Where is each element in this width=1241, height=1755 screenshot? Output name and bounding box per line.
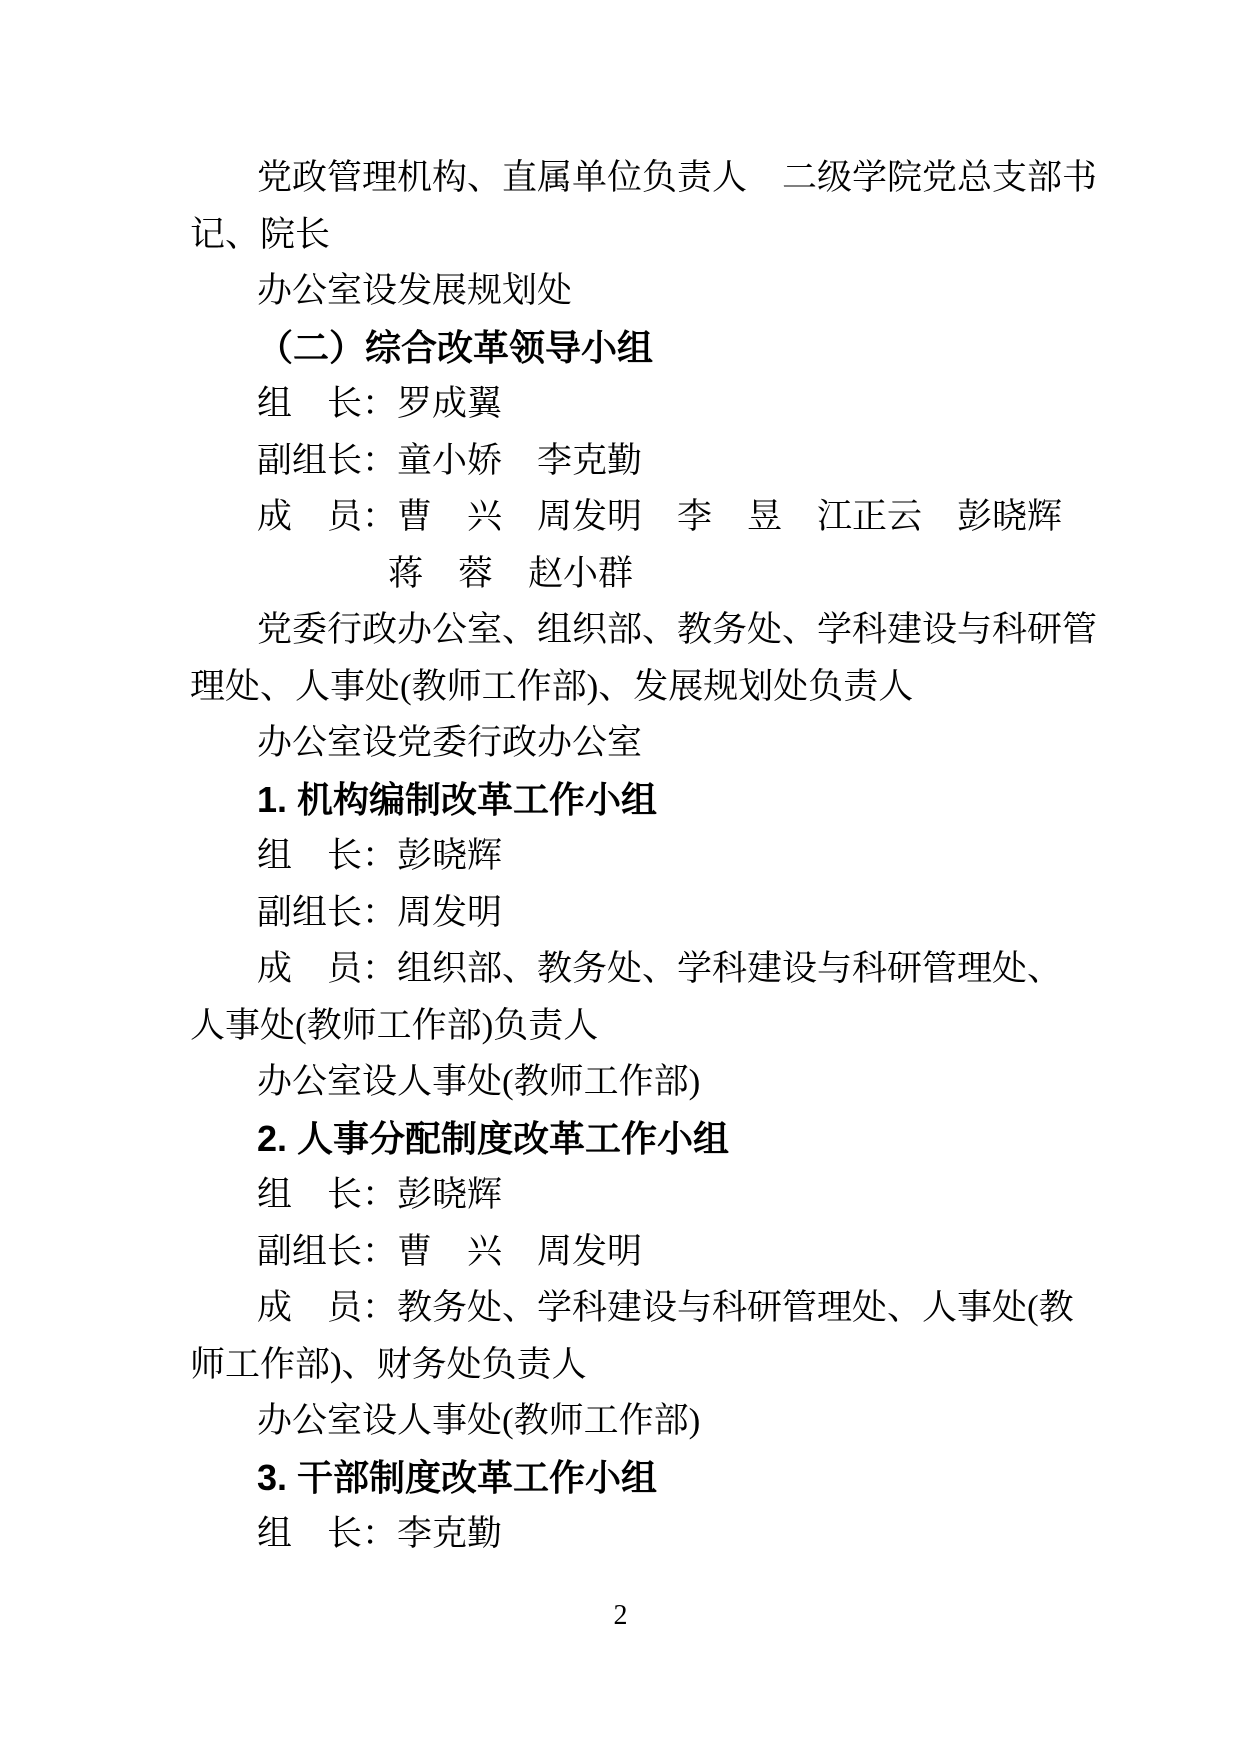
doc-line: 人事处(教师工作部)负责人 xyxy=(190,998,1075,1055)
doc-line: 党政管理机构、直属单位负责人 二级学院党总支部书 xyxy=(190,150,1075,207)
section-heading: （二）综合改革领导小组 xyxy=(190,320,1075,377)
doc-line: 成 员：教务处、学科建设与科研管理处、人事处(教 xyxy=(190,1280,1075,1337)
doc-line: 蒋 蓉 赵小群 xyxy=(190,546,1075,603)
doc-line: 副组长：周发明 xyxy=(190,885,1075,942)
doc-line: 组 长：彭晓辉 xyxy=(190,828,1075,885)
doc-line: 理处、人事处(教师工作部)、发展规划处负责人 xyxy=(190,659,1075,716)
doc-line: 组 长：彭晓辉 xyxy=(190,1167,1075,1224)
doc-line: 办公室设人事处(教师工作部) xyxy=(190,1393,1075,1450)
doc-line: 副组长：童小娇 李克勤 xyxy=(190,433,1075,490)
doc-line: 成 员：曹 兴 周发明 李 昱 江正云 彭晓辉 xyxy=(190,489,1075,546)
doc-line: 成 员：组织部、教务处、学科建设与科研管理处、 xyxy=(190,941,1075,998)
doc-line: 副组长：曹 兴 周发明 xyxy=(190,1224,1075,1281)
document-content: 党政管理机构、直属单位负责人 二级学院党总支部书 记、院长 办公室设发展规划处 … xyxy=(190,150,1075,1563)
doc-line: 办公室设党委行政办公室 xyxy=(190,715,1075,772)
page-number: 2 xyxy=(0,1600,1241,1632)
doc-line: 组 长：李克勤 xyxy=(190,1506,1075,1563)
doc-line: 组 长：罗成翼 xyxy=(190,376,1075,433)
doc-line: 办公室设人事处(教师工作部) xyxy=(190,1054,1075,1111)
section-heading: 2. 人事分配制度改革工作小组 xyxy=(190,1111,1075,1168)
doc-line: 办公室设发展规划处 xyxy=(190,263,1075,320)
section-heading: 1. 机构编制改革工作小组 xyxy=(190,772,1075,829)
document-page: 党政管理机构、直属单位负责人 二级学院党总支部书 记、院长 办公室设发展规划处 … xyxy=(0,0,1241,1755)
section-heading: 3. 干部制度改革工作小组 xyxy=(190,1450,1075,1507)
doc-line: 师工作部)、财务处负责人 xyxy=(190,1337,1075,1394)
doc-line: 党委行政办公室、组织部、教务处、学科建设与科研管 xyxy=(190,602,1075,659)
doc-line: 记、院长 xyxy=(190,207,1075,264)
